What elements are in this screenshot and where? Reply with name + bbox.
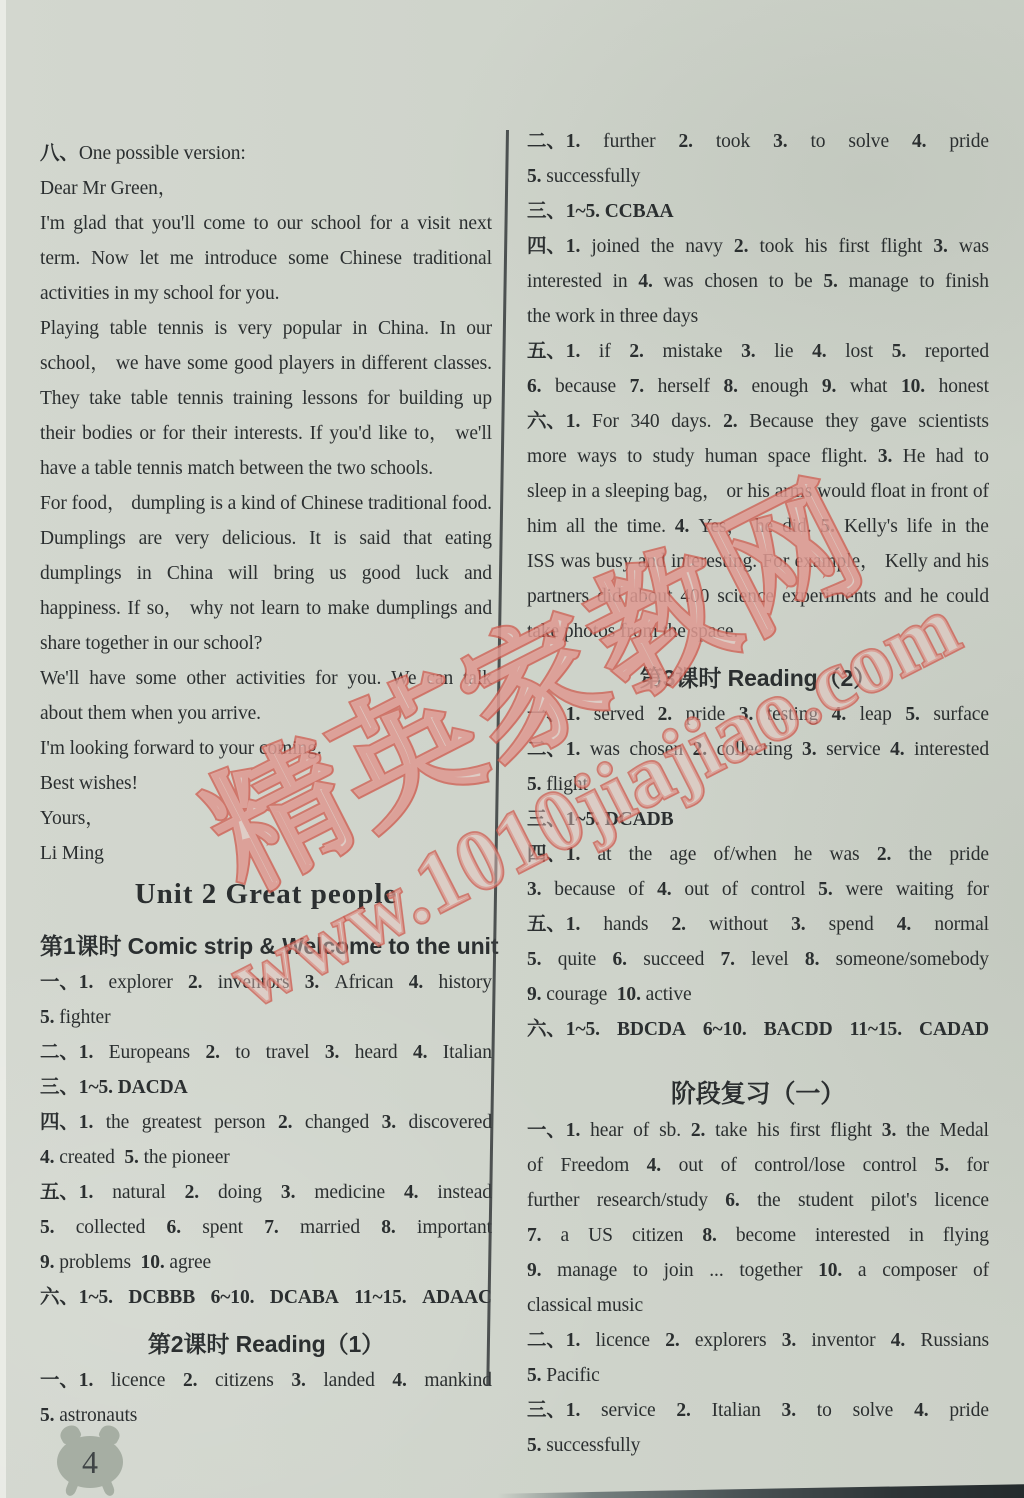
- lesson-heading: 第3课时 Reading（2）: [527, 649, 989, 697]
- text-line: himallthetime.4.Yes，hedid.5.Kelly'slifei…: [527, 509, 989, 544]
- text-line: theirbodiesorfortheirinterests.Ifyou'dli…: [40, 416, 492, 451]
- text-line: 二、1.further2.took3.tosolve4.pride: [527, 124, 989, 159]
- text-line: 5. fighter: [40, 1000, 492, 1035]
- text-line: about them when you arrive.: [40, 696, 492, 731]
- text-line: ofFreedom4.outofcontrol/losecontrol5.for: [527, 1148, 989, 1183]
- text-line: 六、1~5.DCBBB6~10.DCABA11~15.ADAAC: [40, 1280, 492, 1315]
- text-line: 3.becauseof4.outofcontrol5.werewaitingfo…: [527, 872, 989, 907]
- scanned-answer-page: 八、One possible version:Dear Mr Green，I'm…: [0, 0, 1024, 1498]
- text-line: the work in three days: [527, 299, 989, 334]
- text-line: 二、1.licence2.explorers3.inventor4.Russia…: [527, 1323, 989, 1358]
- text-line: school，wehavesomegoodplayersindifferentc…: [40, 346, 492, 381]
- text-line: 5. successfully: [527, 159, 989, 194]
- text-line: ISSwasbusyandinteresting.Forexample，Kell…: [527, 544, 989, 579]
- text-line: 一、1.served2.pride3.testing4.leap5.surfac…: [527, 697, 989, 732]
- text-line: 9. courage 10. active: [527, 977, 989, 1012]
- text-line: Theytaketabletennistraininglessonsforbui…: [40, 381, 492, 416]
- text-line: 八、One possible version:: [40, 136, 492, 171]
- text-line: 9. problems 10. agree: [40, 1245, 492, 1280]
- text-line: 5.quite6.succeed7.level8.someone/somebod…: [527, 942, 989, 977]
- text-line: 一、1.licence2.citizens3.landed4.mankind: [40, 1363, 492, 1398]
- text-line: 五、1.if2.mistake3.lie4.lost5.reported: [527, 334, 989, 369]
- text-line: Best wishes!: [40, 766, 492, 801]
- text-line: interestedin4.waschosentobe5.managetofin…: [527, 264, 989, 299]
- page-number-clock-icon: 4: [56, 1426, 124, 1496]
- text-line: I'mgladthatyou'llcometoourschoolforavisi…: [40, 206, 492, 241]
- text-line: 五、1.natural2.doing3.medicine4.instead: [40, 1175, 492, 1210]
- text-line: activities in my school for you.: [40, 276, 492, 311]
- text-line: take photos from the space.: [527, 614, 989, 649]
- clock-body: 4: [57, 1436, 123, 1488]
- text-line: 三、1.service2.Italian3.tosolve4.pride: [527, 1393, 989, 1428]
- text-line: Dumplingsareverydelicious.Itissaidthatea…: [40, 521, 492, 556]
- text-line: 三、1~5. DCADB: [527, 802, 989, 837]
- text-line: I'm looking forward to your coming.: [40, 731, 492, 766]
- text-line: furtherresearch/study6.thestudentpilot's…: [527, 1183, 989, 1218]
- text-line: 三、1~5. CCBAA: [527, 194, 989, 229]
- text-line: 5.collected6.spent7.married8.important: [40, 1210, 492, 1245]
- text-line: term.NowletmeintroducesomeChinesetraditi…: [40, 241, 492, 276]
- text-line: 5. flight: [527, 767, 989, 802]
- text-line: 9.managetojoin...together10.acomposerof: [527, 1253, 989, 1288]
- text-line: happiness.Ifso，whynotlearntomakedumpling…: [40, 591, 492, 626]
- text-line: Forfood，dumplingisakindofChinesetraditio…: [40, 486, 492, 521]
- text-line: Yours，: [40, 801, 492, 836]
- scan-left-edge: [0, 0, 6, 1498]
- text-line: sleepinasleepingbag，orhisarmswouldfloati…: [527, 474, 989, 509]
- text-line: 五、1.hands2.without3.spend4.normal: [527, 907, 989, 942]
- text-line: have a table tennis match between the tw…: [40, 451, 492, 486]
- text-line: Dear Mr Green，: [40, 171, 492, 206]
- text-line: 四、1.thegreatestperson2.changed3.discover…: [40, 1105, 492, 1140]
- text-line: 四、1.joinedthenavy2.tookhisfirstflight3.w…: [527, 229, 989, 264]
- text-line: morewaystostudyhumanspaceflight.3.Hehadt…: [527, 439, 989, 474]
- lesson-heading: 第1课时 Comic strip & Welcome to the unit: [40, 917, 492, 965]
- text-line: 三、1~5. DACDA: [40, 1070, 492, 1105]
- left-column: 八、One possible version:Dear Mr Green，I'm…: [40, 136, 492, 1433]
- text-line: share together in our school?: [40, 626, 492, 661]
- page-number: 4: [82, 1444, 98, 1481]
- scan-bottom-shadow: [498, 1483, 1024, 1498]
- text-line: classical music: [527, 1288, 989, 1323]
- text-line: partnersdidabout400scienceexperimentsand…: [527, 579, 989, 614]
- text-line: 六、1~5.BDCDA6~10.BACDD11~15.CADAD: [527, 1012, 989, 1047]
- text-line: 4. created 5. the pioneer: [40, 1140, 492, 1175]
- text-line: Li Ming: [40, 836, 492, 871]
- text-line: 5. successfully: [527, 1428, 989, 1463]
- text-line: We'llhavesomeotheractivitiesforyou.Wecan…: [40, 661, 492, 696]
- text-line: 二、1.Europeans2.totravel3.heard4.Italian: [40, 1035, 492, 1070]
- text-line: 6.because7.herself8.enough9.what10.hones…: [527, 369, 989, 404]
- text-line: 一、1.explorer2.inventors3.African4.histor…: [40, 965, 492, 1000]
- review-heading: 阶段复习（一）: [527, 1047, 989, 1113]
- right-column: 二、1.further2.took3.tosolve4.pride5. succ…: [527, 124, 989, 1463]
- text-line: 一、1.hearofsb.2.takehisfirstflight3.theMe…: [527, 1113, 989, 1148]
- text-line: 六、1.For340days.2.Becausetheygavescientis…: [527, 404, 989, 439]
- text-line: dumplingsinChinawillbringusgoodluckand: [40, 556, 492, 591]
- unit-heading: Unit 2 Great people: [40, 871, 492, 917]
- text-line: 四、1.attheageof/whenhewas2.thepride: [527, 837, 989, 872]
- lesson-heading: 第2课时 Reading（1）: [40, 1315, 492, 1363]
- text-line: 5. Pacific: [527, 1358, 989, 1393]
- text-line: 二、1.waschosen2.collecting3.service4.inte…: [527, 732, 989, 767]
- text-line: 7.aUScitizen8.becomeinterestedinflying: [527, 1218, 989, 1253]
- text-line: PlayingtabletennisisverypopularinChina.I…: [40, 311, 492, 346]
